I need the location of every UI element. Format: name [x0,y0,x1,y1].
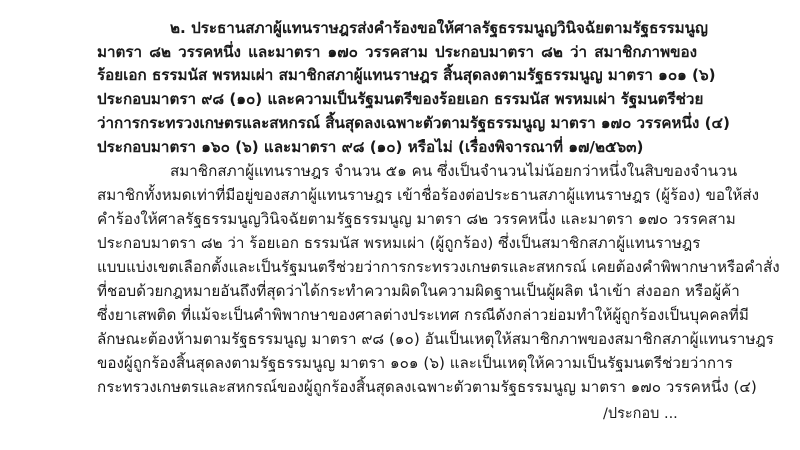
body-line-3: คำร้องให้ศาลรัฐธรรมนูญวินิจฉัยตามรัฐธรรม… [97,208,697,230]
body-line-2: สมาชิกทั้งหมดเท่าที่มีอยู่ของสภาผู้แทนรา… [97,184,697,206]
body-line-8: ลักษณะต้องห้ามตามรัฐธรรมนูญ มาตรา ๙๘ (๑๐… [97,328,697,350]
heading-line-1: ๒. ประธานสภาผู้แทนราษฎรส่งคำร้องขอให้ศาล… [170,17,697,39]
heading-line-6: ประกอบมาตรา ๑๖๐ (๖) และมาตรา ๙๘ (๑๐) หรื… [97,136,697,158]
document-page: ๒. ประธานสภาผู้แทนราษฎรส่งคำร้องขอให้ศาล… [0,0,800,450]
body-line-4: ประกอบมาตรา ๘๒ ว่า ร้อยเอก ธรรมนัส พรหมเ… [97,232,697,254]
heading-line-5: ว่าการกระทรวงเกษตรและสหกรณ์ สิ้นสุดลงเฉพ… [97,112,697,134]
continuation-marker: /ประกอบ ... [603,403,678,425]
heading-line-3: ร้อยเอก ธรรมนัส พรหมเผ่า สมาชิกสภาผู้แทน… [97,64,697,86]
body-line-7: ซึ่งยาเสพติด ที่แม้จะเป็นคำพิพากษาของศาล… [97,304,697,326]
body-line-5: แบบแบ่งเขตเลือกตั้งและเป็นรัฐมนตรีช่วยว่… [97,256,697,278]
body-line-10: กระทรวงเกษตรและสหกรณ์ของผู้ถูกร้องสิ้นสุ… [97,376,697,398]
body-line-1: สมาชิกสภาผู้แทนราษฎร จำนวน ๕๑ คน ซึ่งเป็… [170,160,697,182]
heading-line-2: มาตรา ๘๒ วรรคหนึ่ง และมาตรา ๑๗๐ วรรคสาม … [97,41,697,63]
body-line-9: ของผู้ถูกร้องสิ้นสุดลงตามรัฐธรรมนูญ มาตร… [97,352,697,374]
body-line-6: ที่ชอบด้วยกฎหมายอันถึงที่สุดว่าได้กระทำค… [97,280,697,302]
heading-line-4: ประกอบมาตรา ๙๘ (๑๐) และความเป็นรัฐมนตรีข… [97,88,697,110]
